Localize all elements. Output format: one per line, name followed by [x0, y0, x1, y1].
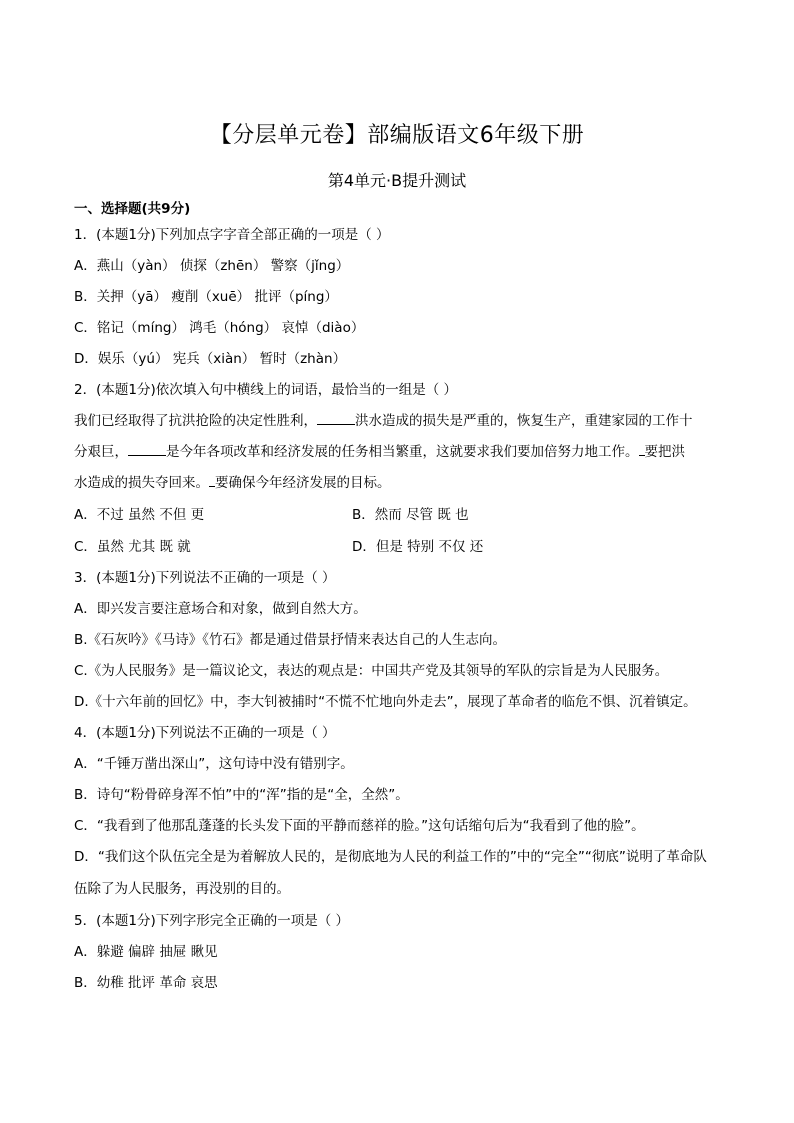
passage-text: 是今年各项改革和经济发展的任务相当繁重，这就要求我们要加倍努力地工作。 — [166, 444, 639, 460]
question-5-stem: 5．(本题1分)下列字形完全正确的一项是（ ） — [74, 911, 349, 931]
question-3-option-d: D.《十六年前的回忆》中，李大钊被捕时“不慌不忙地向外走去”，展现了革命者的临危… — [74, 692, 697, 712]
question-4-option-a: A．“千锤万凿出深山”，这句诗中没有错别字。 — [74, 754, 354, 774]
fill-blank — [317, 412, 355, 425]
question-1-option-d: D．娱乐（yú） 宪兵（xiàn） 暂时（zhàn） — [74, 349, 346, 369]
section-heading: 一、选择题(共9分) — [74, 197, 190, 217]
question-2-option-c: C．虽然 尤其 既 就 — [74, 539, 191, 555]
question-4-option-d-continued: 伍除了为人民服务，再没别的目的。 — [74, 879, 290, 899]
passage-text: 要确保今年经济发展的目标。 — [215, 475, 391, 491]
page-subtitle: 第4单元·B提升测试 — [0, 168, 794, 191]
question-4-option-c: C．“我看到了他那乱蓬蓬的长头发下面的平静而慈祥的脸。”这句话缩句后为“我看到了… — [74, 816, 645, 836]
question-2-stem: 2．(本题1分)依次填入句中横线上的词语，最恰当的一组是（ ） — [74, 380, 457, 400]
question-1-option-a: A．燕山（yàn） 侦探（zhēn） 警察（jǐng） — [74, 256, 349, 276]
question-2-option-b: B．然而 尽管 既 也 — [352, 505, 469, 525]
question-5-option-b: B．幼稚 批评 革命 哀思 — [74, 973, 218, 993]
passage-text: 水造成的损失夺回来。 — [74, 475, 209, 491]
question-2-options-row-1: A．不过 虽然 不但 更 B．然而 尽管 既 也 — [74, 505, 204, 525]
passage-text: 我们已经取得了抗洪抢险的决定性胜利， — [74, 413, 317, 429]
question-2-option-a: A．不过 虽然 不但 更 — [74, 507, 204, 523]
question-2-passage-line-2: 分艰巨，是今年各项改革和经济发展的任务相当繁重，这就要求我们要加倍努力地工作。要… — [74, 442, 685, 462]
question-1-option-c: C．铭记（míng） 鸿毛（hóng） 哀悼（diào） — [74, 318, 364, 338]
question-5-option-a: A．躲避 偏辟 抽屉 瞅见 — [74, 942, 218, 962]
question-4-option-b: B．诗句“粉骨碎身浑不怕”中的“浑”指的是“全，全然”。 — [74, 785, 409, 805]
question-3-option-a: A．即兴发言要注意场合和对象，做到自然大方。 — [74, 599, 367, 619]
page-title: 【分层单元卷】部编版语文6年级下册 — [0, 118, 794, 149]
passage-text: 要把洪 — [645, 444, 686, 460]
question-3-option-b: B.《石灰吟》《马诗》《竹石》都是通过借景抒情来表达自己的人生志向。 — [74, 630, 506, 650]
question-2-options-row-2: C．虽然 尤其 既 就 D．但是 特别 不仅 还 — [74, 537, 191, 557]
question-2-option-d: D．但是 特别 不仅 还 — [352, 537, 483, 557]
question-2-passage-line-1: 我们已经取得了抗洪抢险的决定性胜利，洪水造成的损失是严重的，恢复生产，重建家园的… — [74, 411, 693, 431]
question-3-option-c: C.《为人民服务》是一篇议论文，表达的观点是：中国共产党及其领导的军队的宗旨是为… — [74, 661, 668, 681]
question-4-stem: 4．(本题1分)下列说法不正确的一项是（ ） — [74, 723, 336, 743]
question-4-option-d: D．“我们这个队伍完全是为着解放人民的，是彻底地为人民的利益工作的”中的“完全”… — [74, 847, 707, 867]
passage-text: 洪水造成的损失是严重的，恢复生产，重建家园的工作十 — [355, 413, 693, 429]
question-1-stem: 1．(本题1分)下列加点字字音全部正确的一项是（ ） — [74, 225, 390, 245]
question-3-stem: 3．(本题1分)下列说法不正确的一项是（ ） — [74, 568, 336, 588]
fill-blank — [128, 443, 166, 456]
passage-text: 分艰巨， — [74, 444, 128, 460]
question-1-option-b: B．关押（yā） 瘦削（xuē） 批评（píng） — [74, 287, 338, 307]
question-2-passage-line-3: 水造成的损失夺回来。要确保今年经济发展的目标。 — [74, 473, 391, 493]
